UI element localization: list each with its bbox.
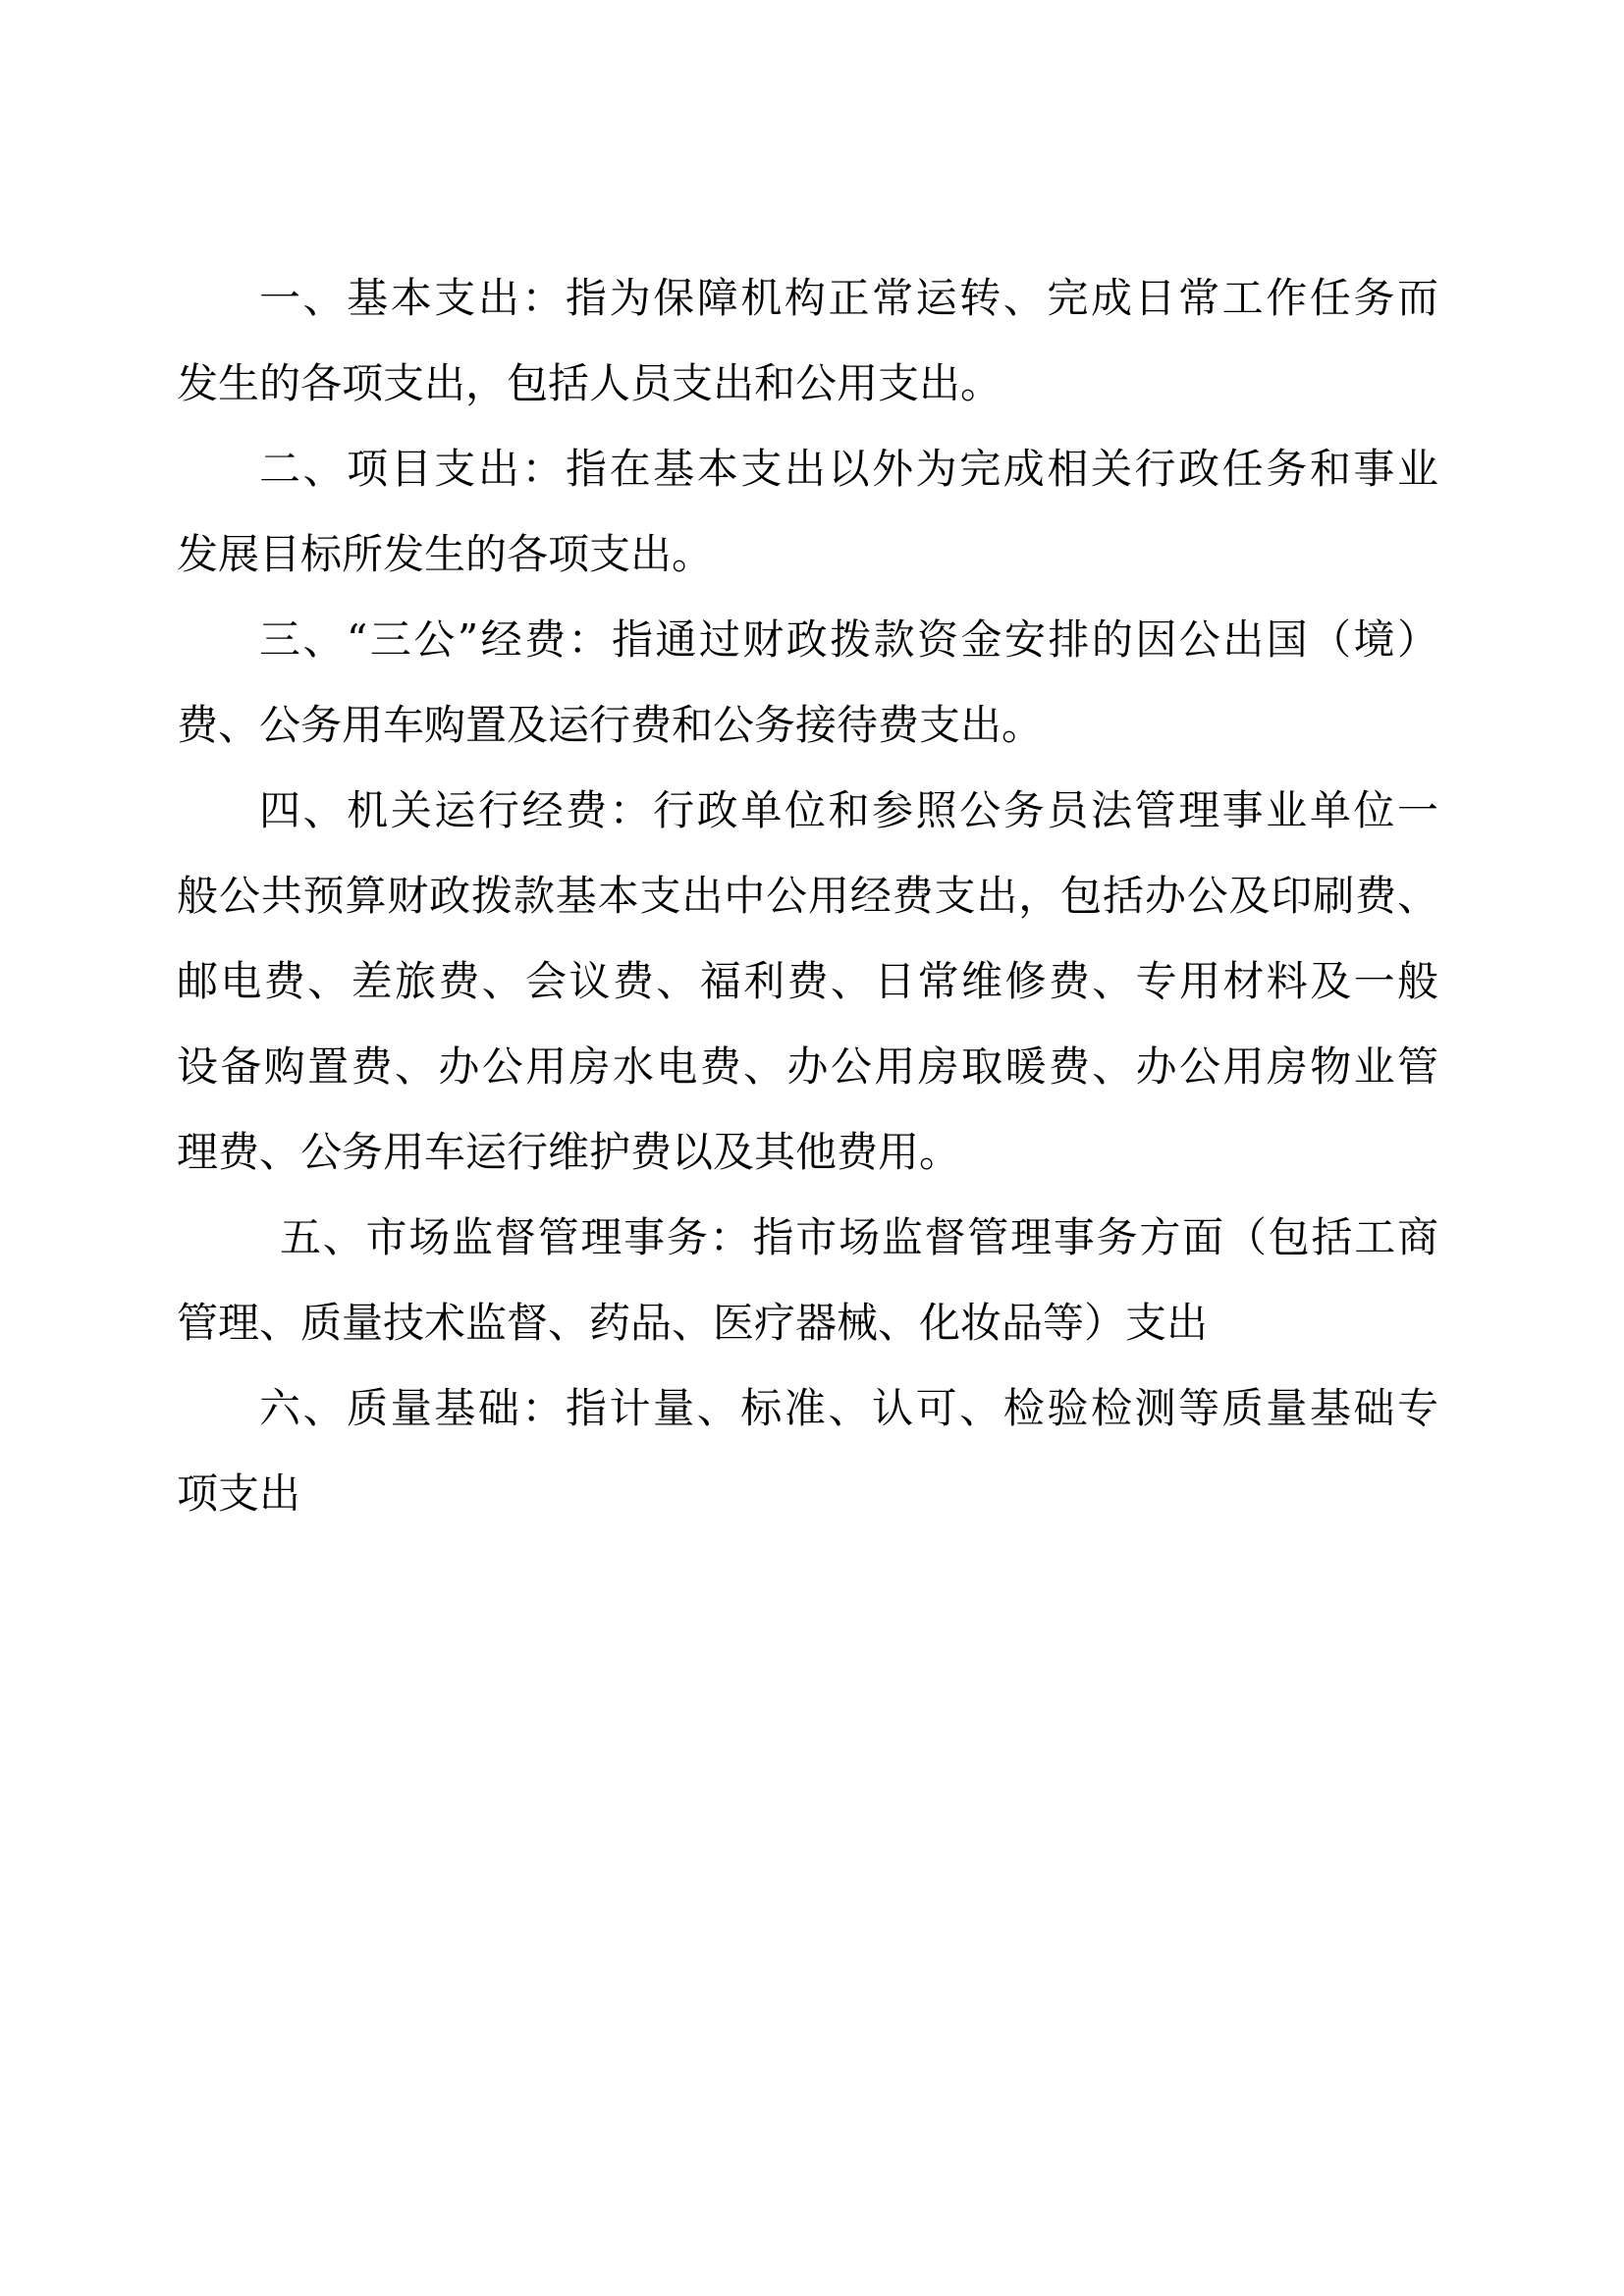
text-line: 三、“三公”经费：指通过财政拨款资金安排的因公出国（境） (177, 597, 1438, 682)
paragraph-market-supervision-affairs: 五、市场监督管理事务：指市场监督管理事务方面（包括工商管理、质量技术监督、药品、… (177, 1195, 1438, 1365)
text-line: 理费、公务用车运行维护费以及其他费用。 (177, 1109, 1438, 1195)
text-line: 五、市场监督管理事务：指市场监督管理事务方面（包括工商 (177, 1195, 1438, 1280)
text-line: 般公共预算财政拨款基本支出中公用经费支出，包括办公及印刷费、 (177, 853, 1438, 938)
text-line: 设备购置费、办公用房水电费、办公用房取暖费、办公用房物业管 (177, 1024, 1438, 1109)
text-line: 发展目标所发生的各项支出。 (177, 511, 1438, 597)
text-line: 一、基本支出：指为保障机构正常运转、完成日常工作任务而 (177, 255, 1438, 341)
text-line: 费、公务用车购置及运行费和公务接待费支出。 (177, 682, 1438, 768)
text-line: 四、机关运行经费：行政单位和参照公务员法管理事业单位一 (177, 768, 1438, 853)
text-line: 管理、质量技术监督、药品、医疗器械、化妆品等）支出 (177, 1280, 1438, 1365)
paragraph-three-public-funds: 三、“三公”经费：指通过财政拨款资金安排的因公出国（境）费、公务用车购置及运行费… (177, 597, 1438, 768)
paragraph-project-expenditure: 二、项目支出：指在基本支出以外为完成相关行政任务和事业发展目标所发生的各项支出。 (177, 426, 1438, 597)
paragraph-basic-expenditure: 一、基本支出：指为保障机构正常运转、完成日常工作任务而发生的各项支出，包括人员支… (177, 255, 1438, 426)
text-line: 项支出 (177, 1451, 1438, 1536)
text-line: 发生的各项支出，包括人员支出和公用支出。 (177, 341, 1438, 426)
paragraph-quality-foundation: 六、质量基础：指计量、标准、认可、检验检测等质量基础专项支出 (177, 1365, 1438, 1536)
paragraph-agency-operating-funds: 四、机关运行经费：行政单位和参照公务员法管理事业单位一般公共预算财政拨款基本支出… (177, 768, 1438, 1195)
text-line: 邮电费、差旅费、会议费、福利费、日常维修费、专用材料及一般 (177, 938, 1438, 1024)
document-body: 一、基本支出：指为保障机构正常运转、完成日常工作任务而发生的各项支出，包括人员支… (177, 255, 1438, 1536)
text-line: 六、质量基础：指计量、标准、认可、检验检测等质量基础专 (177, 1365, 1438, 1451)
document-page: 一、基本支出：指为保障机构正常运转、完成日常工作任务而发生的各项支出，包括人员支… (0, 0, 1624, 2296)
text-line: 二、项目支出：指在基本支出以外为完成相关行政任务和事业 (177, 426, 1438, 511)
